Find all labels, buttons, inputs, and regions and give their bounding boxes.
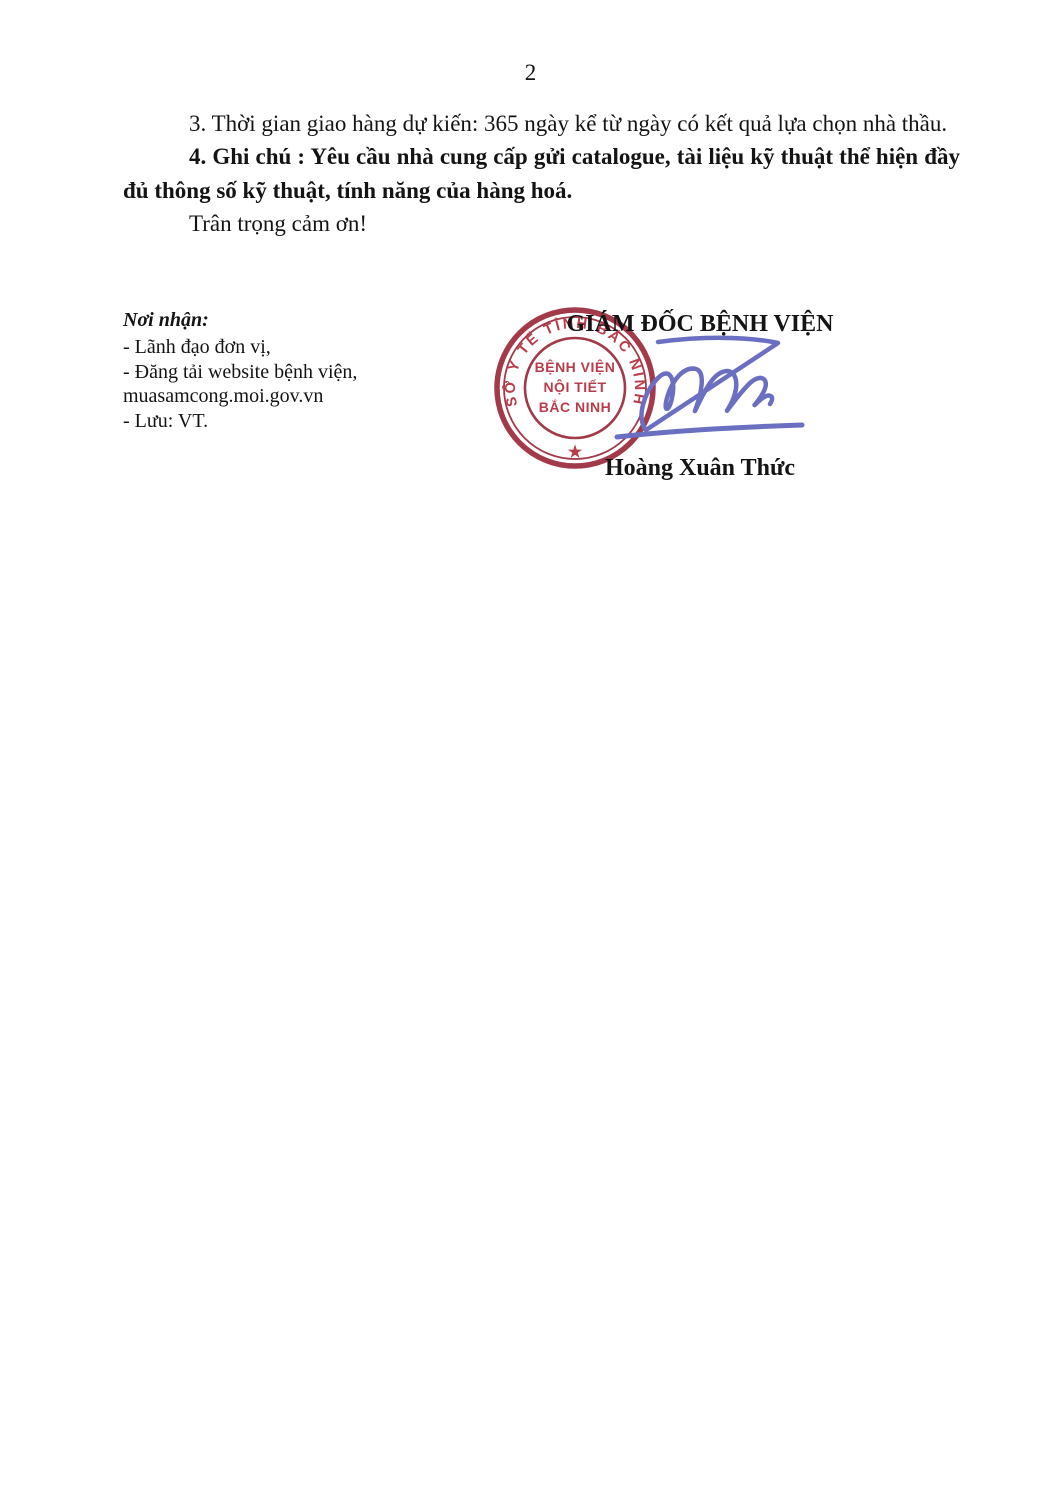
recipient-item: - Lãnh đạo đơn vị, bbox=[123, 335, 463, 360]
body-text: 3. Thời gian giao hàng dự kiến: 365 ngày… bbox=[123, 107, 960, 241]
page-number: 2 bbox=[0, 60, 1061, 86]
paragraph-note: 4. Ghi chú : Yêu cầu nhà cung cấp gửi ca… bbox=[123, 140, 960, 207]
seal-center-line-2: NỘI TIẾT bbox=[543, 378, 606, 395]
recipients-heading: Nơi nhận: bbox=[123, 308, 463, 333]
signer-name: Hoàng Xuân Thức bbox=[520, 455, 880, 482]
paragraph-delivery-time: 3. Thời gian giao hàng dự kiến: 365 ngày… bbox=[123, 107, 960, 140]
recipient-item: - Đăng tải website bệnh viện, bbox=[123, 360, 463, 385]
recipient-item: muasamcong.moi.gov.vn bbox=[123, 384, 463, 409]
recipient-item: - Lưu: VT. bbox=[123, 409, 463, 434]
director-signature-ink bbox=[600, 328, 850, 448]
recipients-block: Nơi nhận: - Lãnh đạo đơn vị, - Đăng tải … bbox=[123, 308, 463, 434]
document-page: 2 3. Thời gian giao hàng dự kiến: 365 ng… bbox=[0, 0, 1061, 1500]
closing-line: Trân trọng cảm ơn! bbox=[123, 207, 960, 240]
